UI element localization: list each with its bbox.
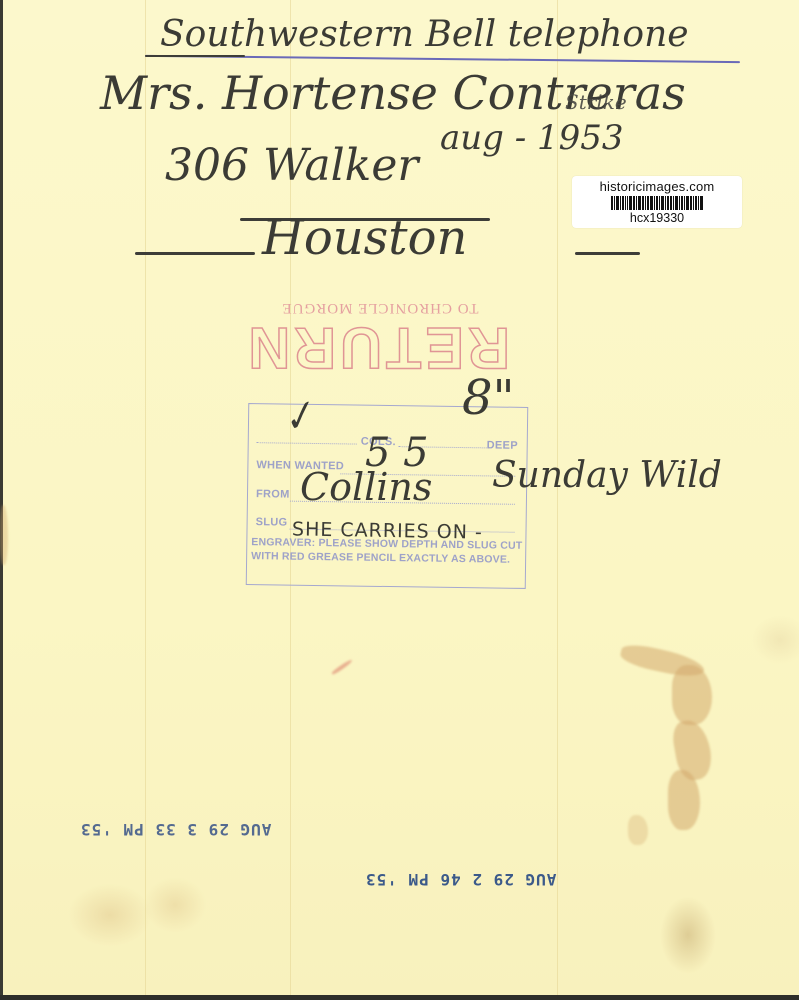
label-code: hcx19330 (572, 211, 742, 225)
date-stamp-processed: AUG 29 2 46 PM '53 (365, 870, 556, 889)
handwriting-address: 306 Walker (165, 140, 418, 191)
handwriting-size: 8" (462, 370, 515, 426)
pencil-dash (575, 252, 640, 255)
form-deep-label: DEEP (487, 439, 518, 451)
label-site: historicimages.com (572, 179, 742, 194)
return-stamp-subtitle: TO CHRONICLE MORGUE (250, 299, 510, 316)
scan-edge-left (0, 0, 3, 1000)
fold-line (145, 0, 146, 995)
return-stamp: RETURN TO CHRONICLE MORGUE (250, 278, 510, 378)
handwriting-section: Sunday Wild (492, 455, 722, 496)
form-engraver-note: WITH RED GREASE PENCIL EXACTLY AS ABOVE. (251, 550, 510, 567)
form-from-label: FROM (256, 488, 290, 500)
scan-edge-bottom (0, 995, 799, 1000)
barcode (598, 196, 716, 210)
water-stain (628, 815, 648, 845)
form-slug-label: SLUG (256, 516, 288, 528)
handwriting-company: Southwestern Bell telephone (160, 14, 689, 55)
handwriting-slug: SHE CARRIES ON - (292, 518, 483, 543)
barcode-label: historicimages.com hcx19330 (572, 176, 742, 228)
handwriting-from: Collins (300, 465, 432, 509)
pencil-underline (145, 55, 245, 57)
return-stamp-word: RETURN (250, 316, 510, 378)
handwriting-strike-note: Strike (565, 90, 627, 114)
handwriting-date: aug - 1953 (440, 118, 624, 158)
date-stamp-received: AUG 29 3 33 PM '53 (80, 820, 271, 839)
handwriting-city: Houston (262, 210, 467, 266)
pencil-dash (135, 252, 255, 255)
